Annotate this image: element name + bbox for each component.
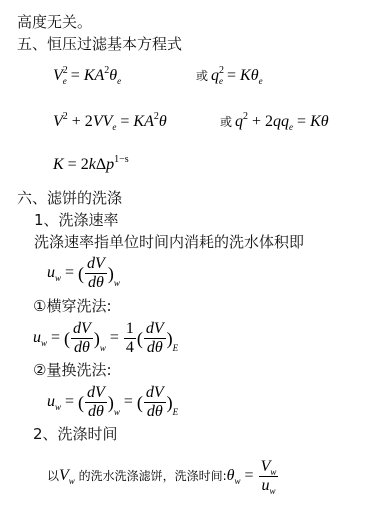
equation-ve-squared: V2e = KA2θe — [53, 66, 121, 86]
equation-q-squared-sum: 或q2 + 2qqe = Kθ — [220, 112, 329, 132]
section-5-title: 五、恒压过滤基本方程式 — [17, 35, 182, 53]
equation-wash-rate: uw = (dVdθ)w — [47, 255, 120, 293]
section-6-title: 六、滤饼的洗涤 — [17, 189, 122, 207]
equation-displacement-wash: uw = (dVdθ)w = (dVdθ)E — [47, 384, 178, 422]
subsection-2-title: 2、洗涤时间 — [33, 425, 118, 443]
equation-qe-squared: 或q2e = Kθe — [196, 66, 263, 86]
equation-cross-wash: uw = (dVdθ)w = 14(dVdθ)E — [33, 320, 178, 358]
method-1-label: ①横穿洗法: — [33, 297, 112, 315]
equation-wash-time: 以Vw 的洗水洗涤滤饼，洗涤时间:θw = Vwuw — [47, 458, 279, 495]
intro-text: 高度无关。 — [17, 13, 92, 31]
equation-v-squared-sum: V2 + 2VVe = KA2θ — [53, 112, 167, 132]
equation-k-definition: K = 2kΔp1−s — [53, 155, 129, 175]
subsection-1-description: 洗涤速率指单位时间内消耗的洗水体积即 — [34, 233, 304, 251]
method-2-label: ②量换洗法: — [33, 361, 112, 379]
subsection-1-title: 1、洗涤速率 — [34, 211, 119, 229]
